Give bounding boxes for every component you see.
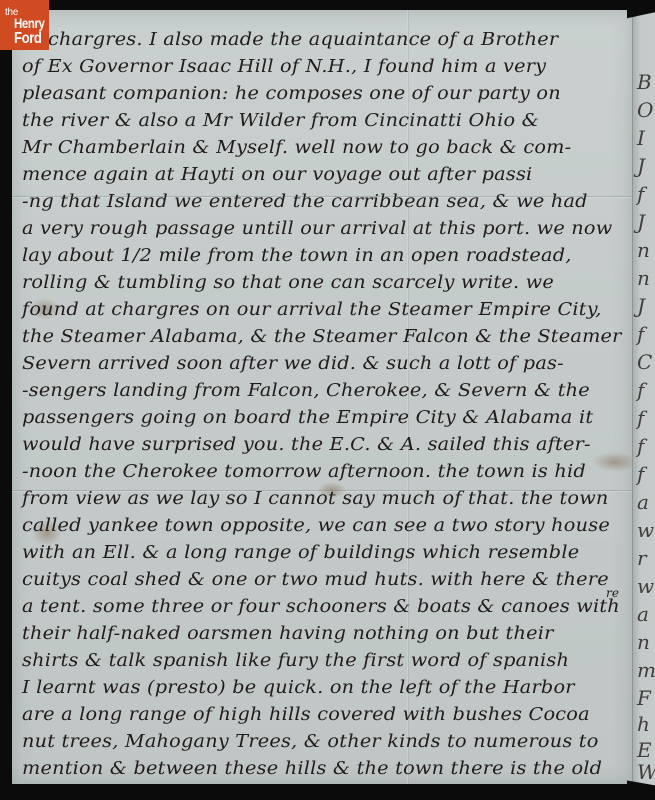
margin-letter: f [637,434,644,458]
margin-letter: h [637,712,650,736]
margin-letter: F [637,686,651,710]
margin-letter: I [637,126,645,150]
margin-letter: w [637,574,654,598]
margin-letter: O [637,98,653,122]
letter-line: rolling & tumbling so that one can scarc… [22,273,554,293]
letter-line: -ng that Island we entered the carribbea… [22,192,588,212]
letter-line: from view as we lay so I cannot say much… [22,489,609,509]
letter-line: of Ex Governor Isaac Hill of N.H., I fou… [22,57,546,77]
letter-line: I learnt was (presto) be quick. on the l… [22,678,575,698]
letter-line: found at chargres on our arrival the Ste… [22,300,602,320]
letter-line: cuitys coal shed & one or two mud huts. … [22,570,609,590]
scanned-document: B O I J f J n n J f C f f f f a w r w a … [0,0,655,800]
margin-letter: r [637,546,647,570]
margin-letter: J [637,210,645,234]
logo-text-henry: Henry [14,16,44,30]
letter-line: mention & between these hills & the town… [22,759,602,779]
letter-line: the Steamer Alabama, & the Steamer Falco… [22,327,622,347]
letter-line: at chargres. I also made the aquaintance… [22,30,558,50]
letter-line: a very rough passage untill our arrival … [22,219,612,239]
adjacent-page-edge: B O I J f J n n J f C f f f f a w r w a … [632,4,655,794]
margin-letter: f [637,406,644,430]
letter-line: -noon the Cherokee tomorrow afternoon. t… [22,462,586,482]
letter-line: their half-naked oarsmen having nothing … [22,624,554,644]
letter-line: Mr Chamberlain & Myself. well now to go … [22,138,571,158]
letter-line: Severn arrived soon after we did. & such… [22,354,564,374]
letter-line: -sengers landing from Falcon, Cherokee, … [22,381,590,401]
margin-letter: a [637,602,649,626]
letter-line: passengers going on board the Empire Cit… [22,408,593,428]
letter-line: shirts & talk spanish like fury the firs… [22,651,569,671]
letter-line: the river & also a Mr Wilder from Cincin… [22,111,539,131]
letter-line: nut trees, Mahogany Trees, & other kinds… [22,732,599,752]
margin-letter: J [637,154,645,178]
interlinear-insertion: re [606,586,619,600]
margin-letter: m [637,658,655,682]
letter-line: mence again at Hayti on our voyage out a… [22,165,532,185]
letter-line: lay about 1/2 mile from the town in an o… [22,246,572,266]
margin-letter: J [637,294,645,318]
logo-text-ford: Ford [14,31,42,47]
margin-letter: n [637,238,650,262]
margin-letter: f [637,322,644,346]
margin-letter: W [637,760,655,784]
letter-line: would have surprised you. the E.C. & A. … [22,435,591,455]
letter-line: pleasant companion: he composes one of o… [22,84,561,104]
margin-letter: a [637,490,649,514]
letter-line: with an Ell. & a long range of buildings… [22,543,579,563]
margin-letter: f [637,462,644,486]
margin-letter: B [637,70,652,94]
margin-letter: f [637,378,644,402]
letter-line: a tent. some three or four schooners & b… [22,597,620,617]
the-henry-ford-logo: the Henry Ford [0,0,49,50]
margin-letter: E [637,738,652,762]
margin-letter: n [637,266,650,290]
margin-letter: C [637,350,652,374]
margin-letter: n [637,630,650,654]
margin-letter: w [637,518,654,542]
page-corner-shadow [627,0,655,18]
margin-letter: f [637,182,644,206]
letter-line: are a long range of high hills covered w… [22,705,590,725]
letter-line: called yankee town opposite, we can see … [22,516,610,536]
